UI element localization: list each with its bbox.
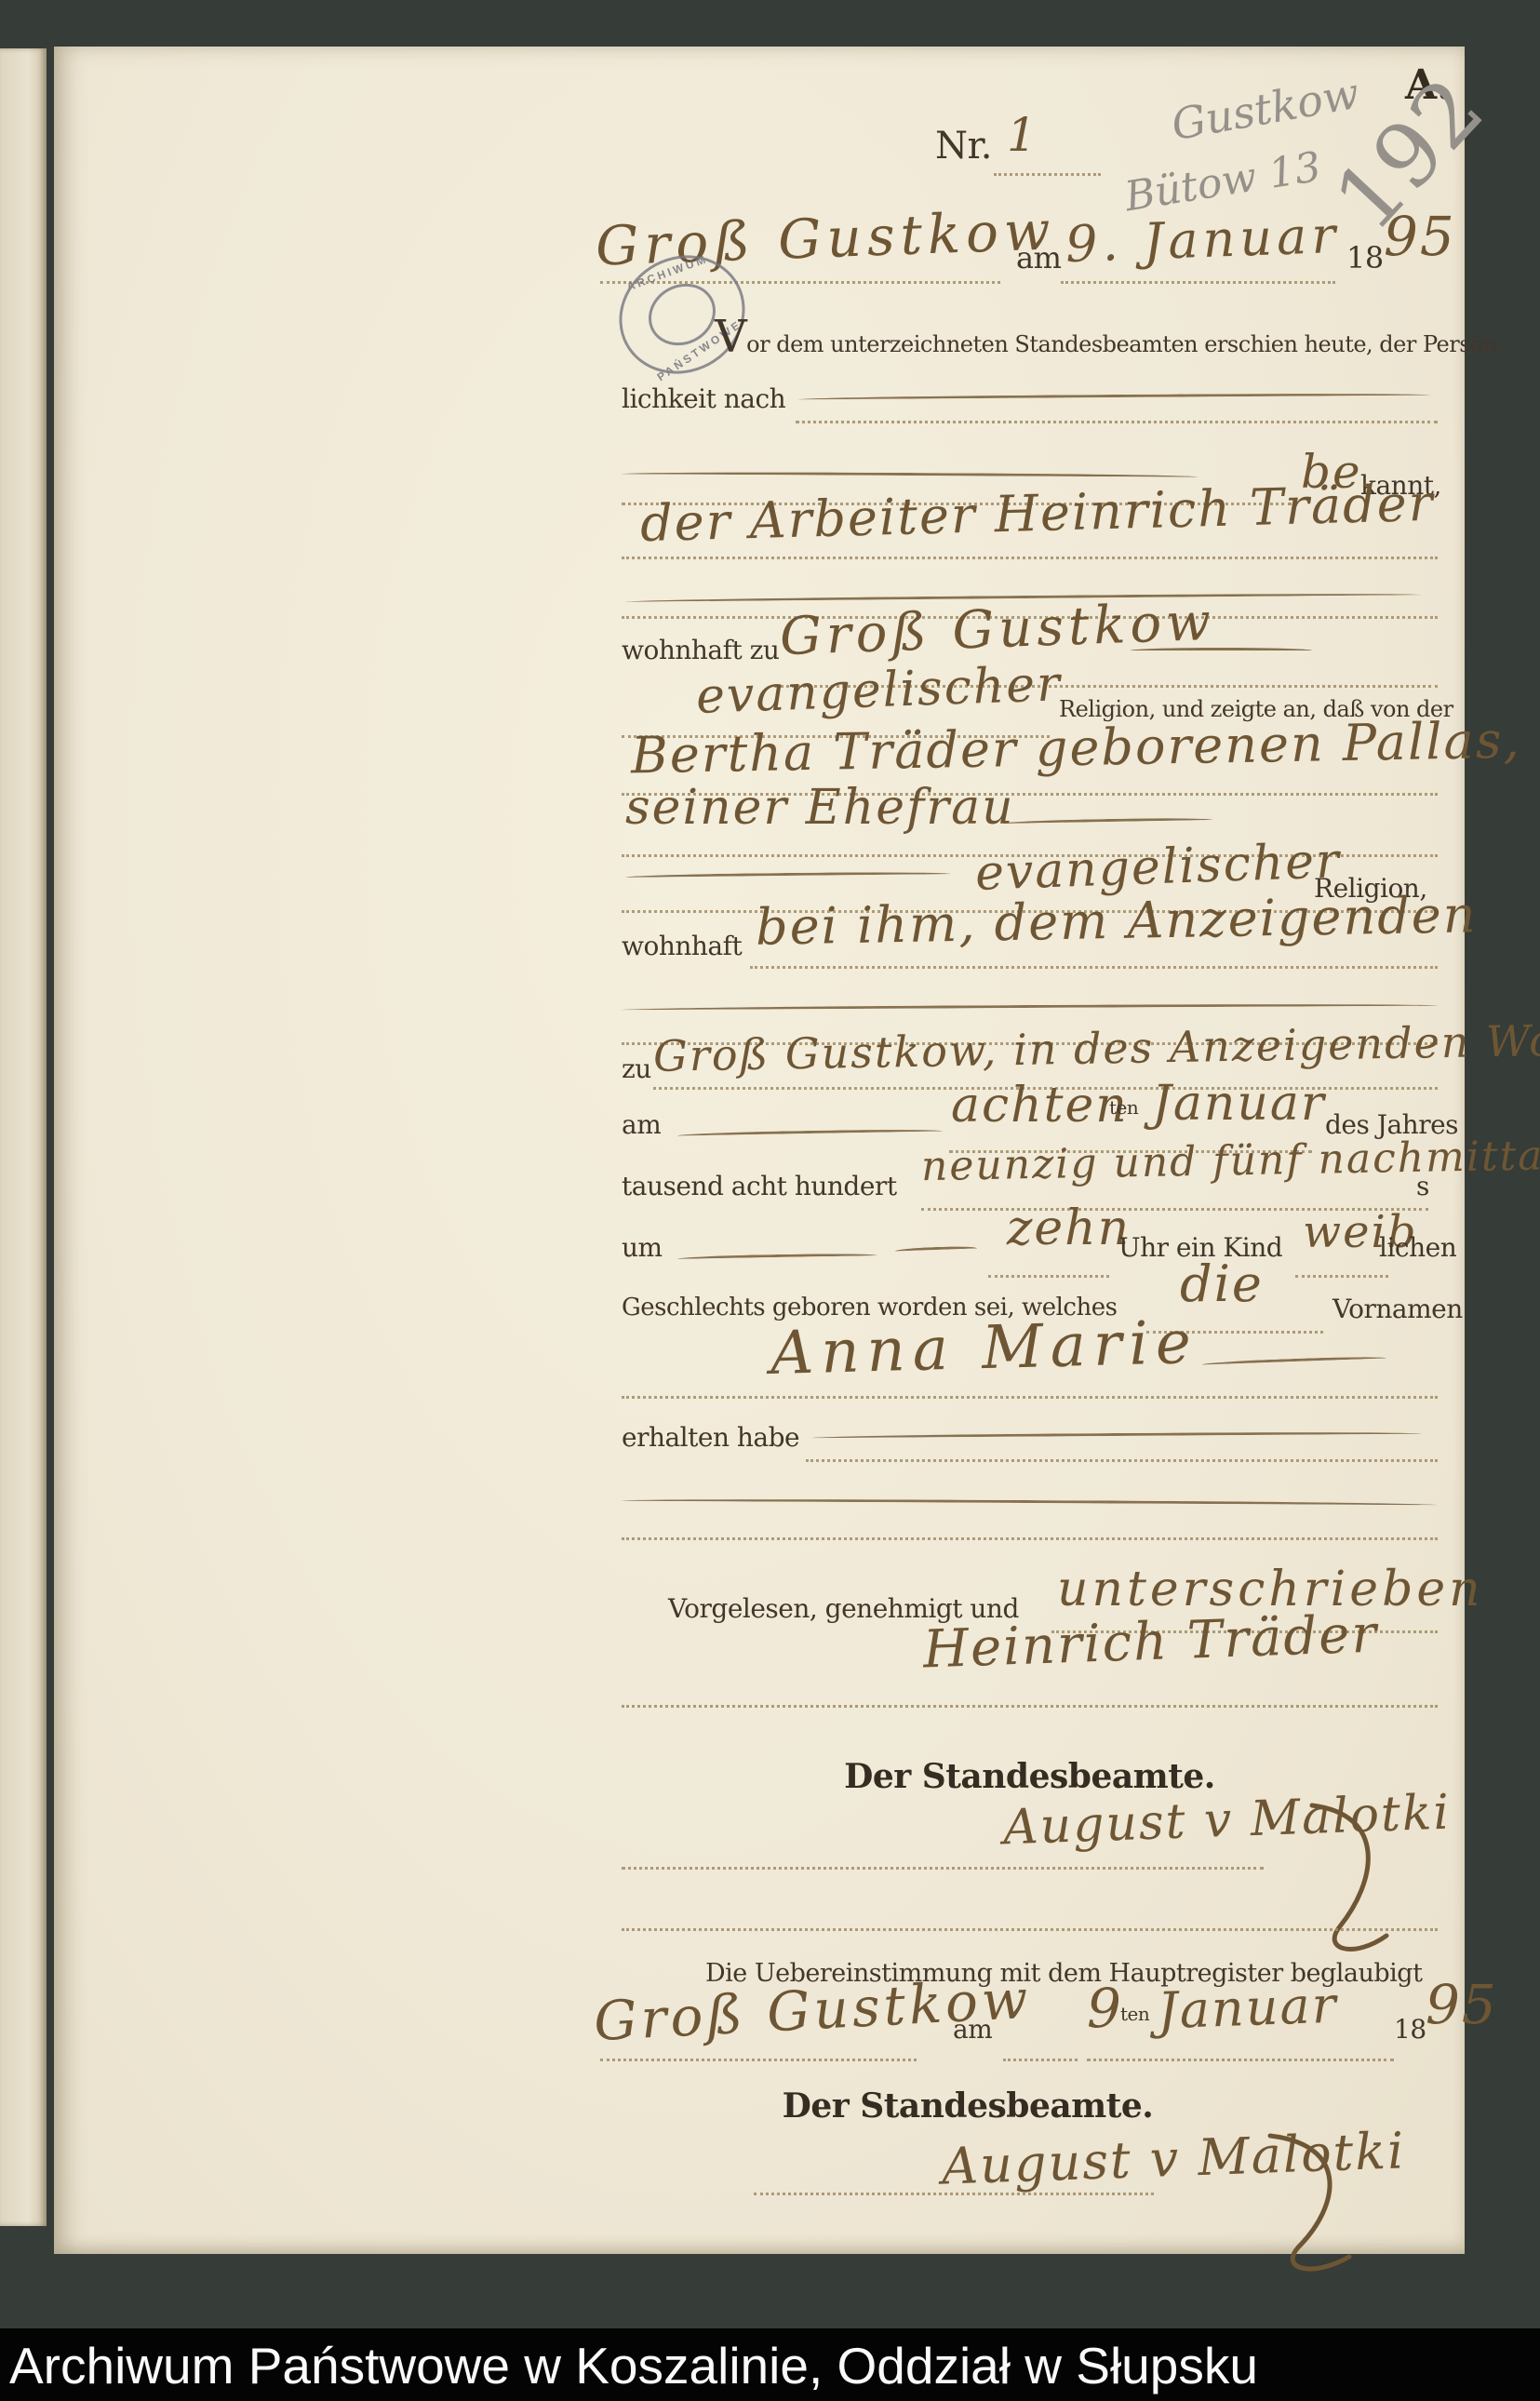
signature-flourish-2: [1256, 2131, 1377, 2289]
intro-line-1: Vor dem unterzeichneten Standesbeamten e…: [715, 324, 1505, 357]
certification-year-handwritten: 95: [1426, 1973, 1498, 2036]
certification-day-handwritten: 9: [1087, 1977, 1123, 2040]
die-handwritten: die: [1180, 1254, 1264, 1313]
certification-century-printed: 18: [1394, 2014, 1426, 2045]
intro-line-2: lichkeit nach: [622, 383, 785, 414]
archive-footer-bar: Archiwum Państwowe w Koszalinie, Oddział…: [0, 2328, 1540, 2401]
zu-printed: zu: [622, 1053, 651, 1084]
mittags-s-printed: s: [1416, 1171, 1429, 1201]
child-names-handwritten: Anna Marie: [770, 1308, 1199, 1388]
signature-flourish: [1303, 1796, 1414, 1982]
archive-footer-label: Archiwum Państwowe w Koszalinie, Oddział…: [9, 2336, 1258, 2395]
dateline-century-printed: 18: [1346, 240, 1384, 275]
record-number-label: Nr.: [935, 125, 992, 168]
wohnhaft2-printed: wohnhaft: [622, 931, 742, 961]
lichen-printed: lichen: [1379, 1232, 1456, 1263]
erhalten-habe-printed: erhalten habe: [622, 1422, 799, 1453]
page-scan: { "corner": { "letter": "A." }, "pencil"…: [0, 0, 1540, 2401]
tausend-printed: tausend acht hundert: [622, 1171, 897, 1201]
birth-hour-handwritten: zehn: [1007, 1200, 1131, 1256]
record-number-value: 1: [1007, 108, 1038, 162]
dateline-year-handwritten: 95: [1384, 205, 1456, 268]
vornamen-printed: Vornamen: [1332, 1294, 1463, 1324]
um-printed: um: [622, 1232, 663, 1263]
ten-superscript-printed: ten: [1109, 1096, 1138, 1119]
dateline-am-printed: am: [1016, 240, 1061, 275]
registrar-title-2: Der Standesbeamte.: [772, 2086, 1163, 2126]
am-printed: am: [622, 1109, 661, 1140]
dateline-date-handwritten: 9. Januar: [1065, 206, 1341, 274]
certification-month-handwritten: Januar: [1157, 1976, 1338, 2041]
previous-page-edge: [0, 48, 47, 2226]
birth-day-handwritten: achten: [951, 1078, 1129, 1133]
certification-am-printed: am: [953, 2014, 992, 2045]
ehefrau-handwritten: seiner Ehefrau: [625, 780, 1015, 836]
certification-ten-superscript: ten: [1120, 2003, 1149, 2025]
birth-month-handwritten: Januar: [1152, 1076, 1326, 1132]
wohnhaft-zu-printed: wohnhaft zu: [622, 635, 779, 665]
